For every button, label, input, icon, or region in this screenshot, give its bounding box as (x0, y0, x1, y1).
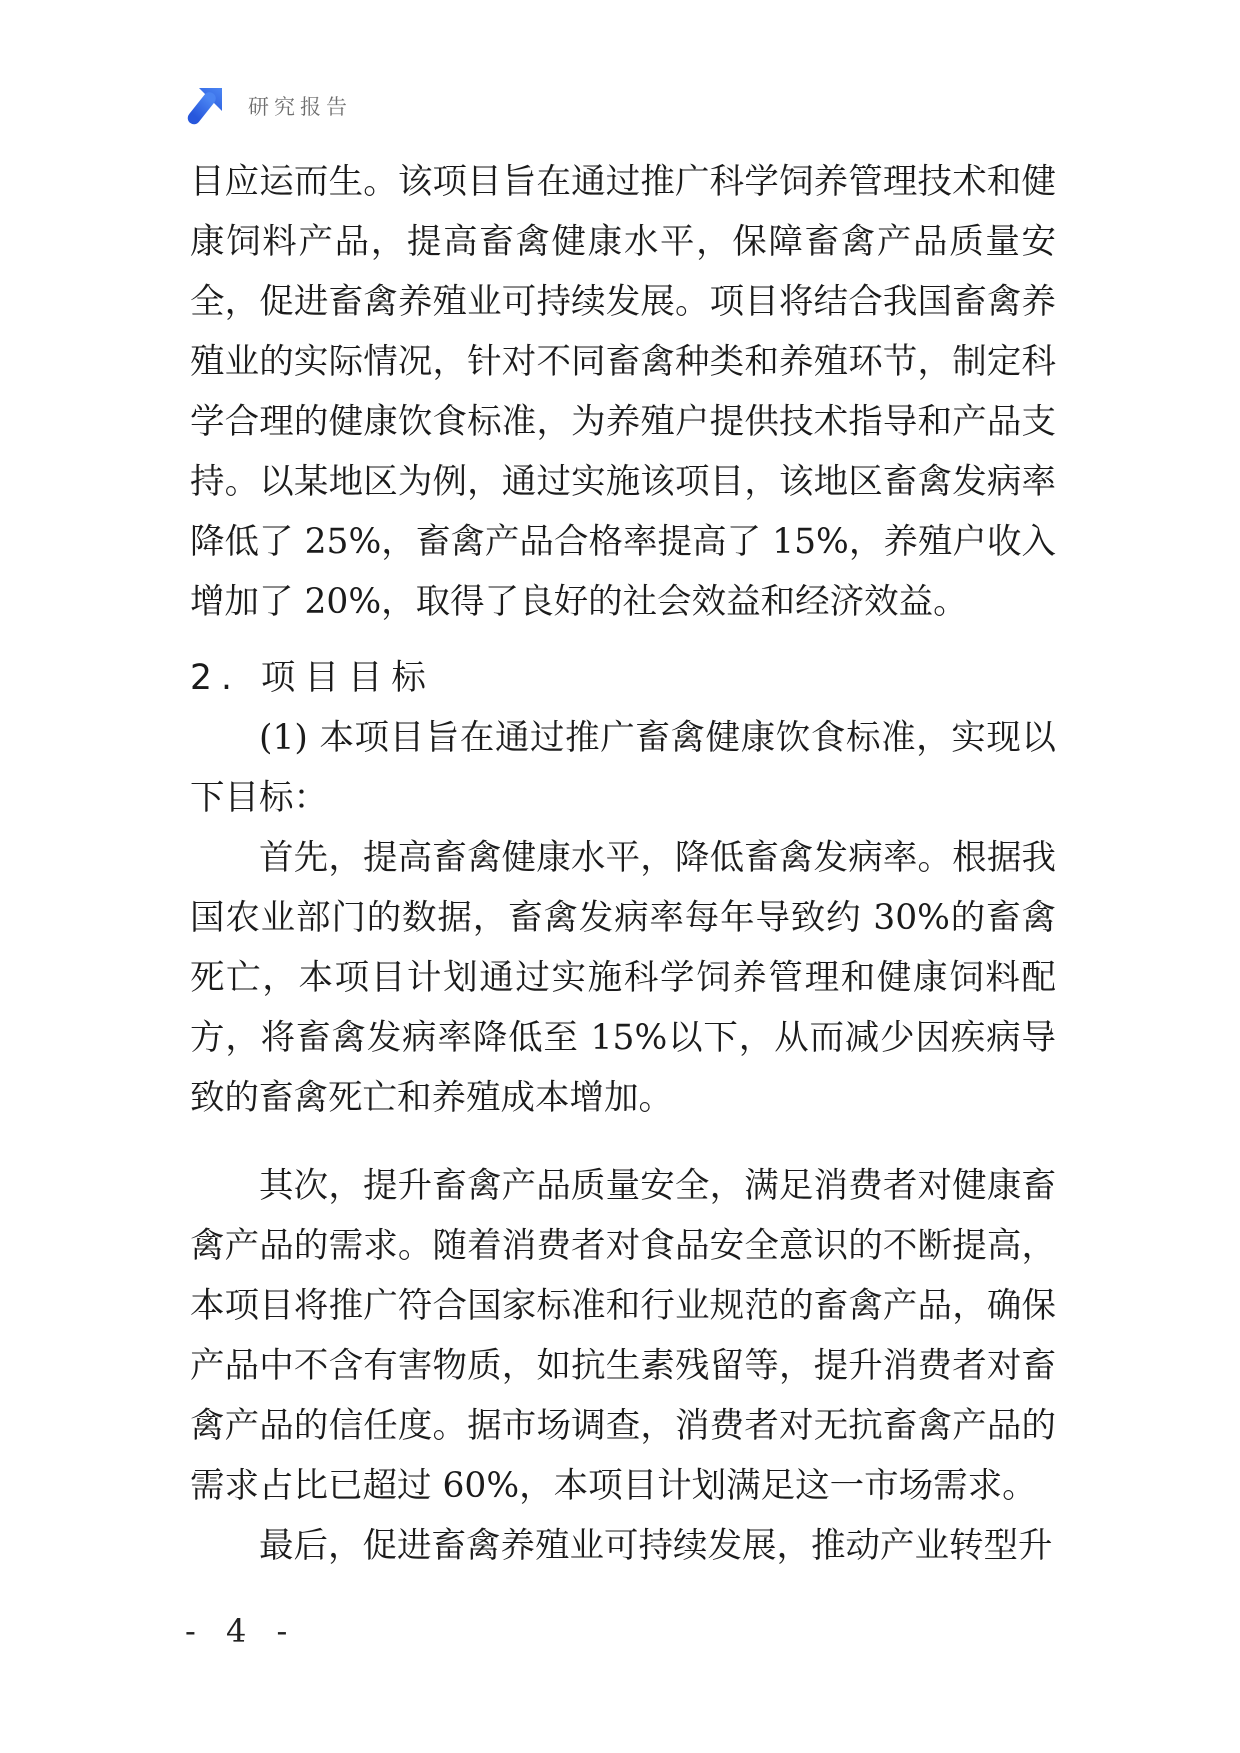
paragraph-goals-intro: (1) 本项目旨在通过推广畜禽健康饮食标准，实现以下目标： (190, 708, 1056, 828)
brand-label: 研究报告 (248, 91, 352, 121)
paragraph-goal-first: 首先，提高畜禽健康水平，降低畜禽发病率。根据我国农业部门的数据，畜禽发病率每年导… (190, 828, 1056, 1128)
document-page: 研究报告 目应运而生。该项目旨在通过推广科学饲养管理技术和健康饲料产品，提高畜禽… (0, 0, 1240, 1753)
page-number: - 4 - (185, 1612, 297, 1650)
paragraph-goal-third: 最后，促进畜禽养殖业可持续发展，推动产业转型升 (190, 1516, 1056, 1576)
brand-arrow-icon (187, 86, 224, 125)
document-body: 目应运而生。该项目旨在通过推广科学饲养管理技术和健康饲料产品，提高畜禽健康水平，… (190, 152, 1056, 1576)
section-heading-project-goals: 2. 项目目标 (190, 648, 1056, 708)
paragraph-project-intro: 目应运而生。该项目旨在通过推广科学饲养管理技术和健康饲料产品，提高畜禽健康水平，… (190, 152, 1056, 632)
report-header: 研究报告 (187, 86, 352, 125)
page-footer: - 4 - (185, 1612, 297, 1650)
paragraph-goal-second: 其次，提升畜禽产品质量安全，满足消费者对健康畜禽产品的需求。随着消费者对食品安全… (190, 1156, 1056, 1516)
